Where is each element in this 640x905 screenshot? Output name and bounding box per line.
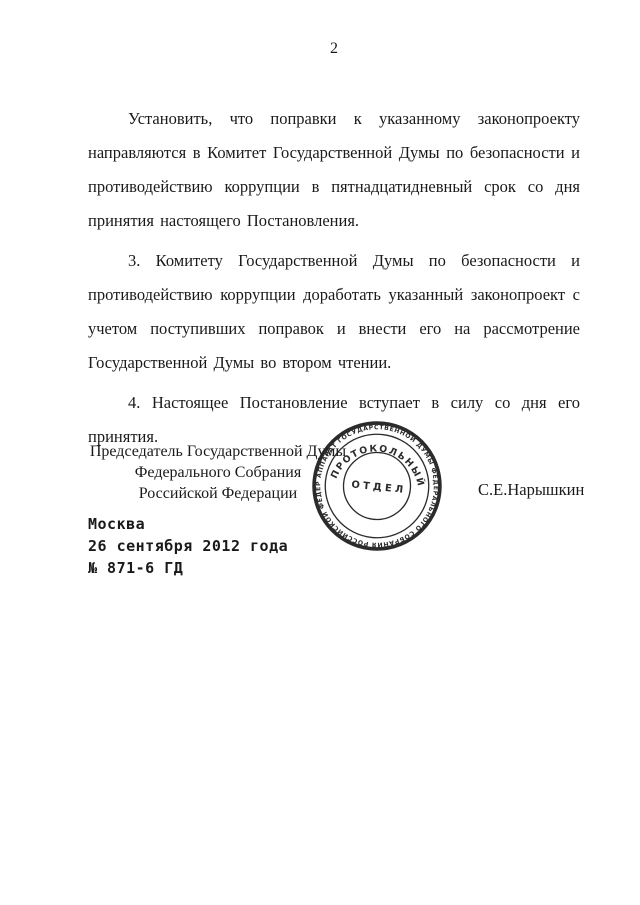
protocol-department-stamp-icon: АППАРАТ ГОСУДАРСТВЕННОЙ ДУМЫ ФЕДЕРАЛЬНОГ… [306,415,448,557]
signature-name: С.Е.Нарышкин [478,480,584,500]
footer-date: 26 сентября 2012 года [88,535,288,557]
footer-document-number: № 871-6 ГД [88,557,288,579]
paragraph-amendments: Установить, что поправки к указанному за… [88,102,580,238]
stamp-center-text: ОТДЕЛ [351,479,407,496]
document-page: 2 Установить, что поправки к указанному … [0,0,640,905]
page-number: 2 [88,40,580,58]
footer-city: Москва [88,513,288,535]
place-date-number-block: Москва 26 сентября 2012 года № 871-6 ГД [88,513,288,579]
paragraph-point-3: 3. Комитету Государственной Думы по безо… [88,244,580,380]
